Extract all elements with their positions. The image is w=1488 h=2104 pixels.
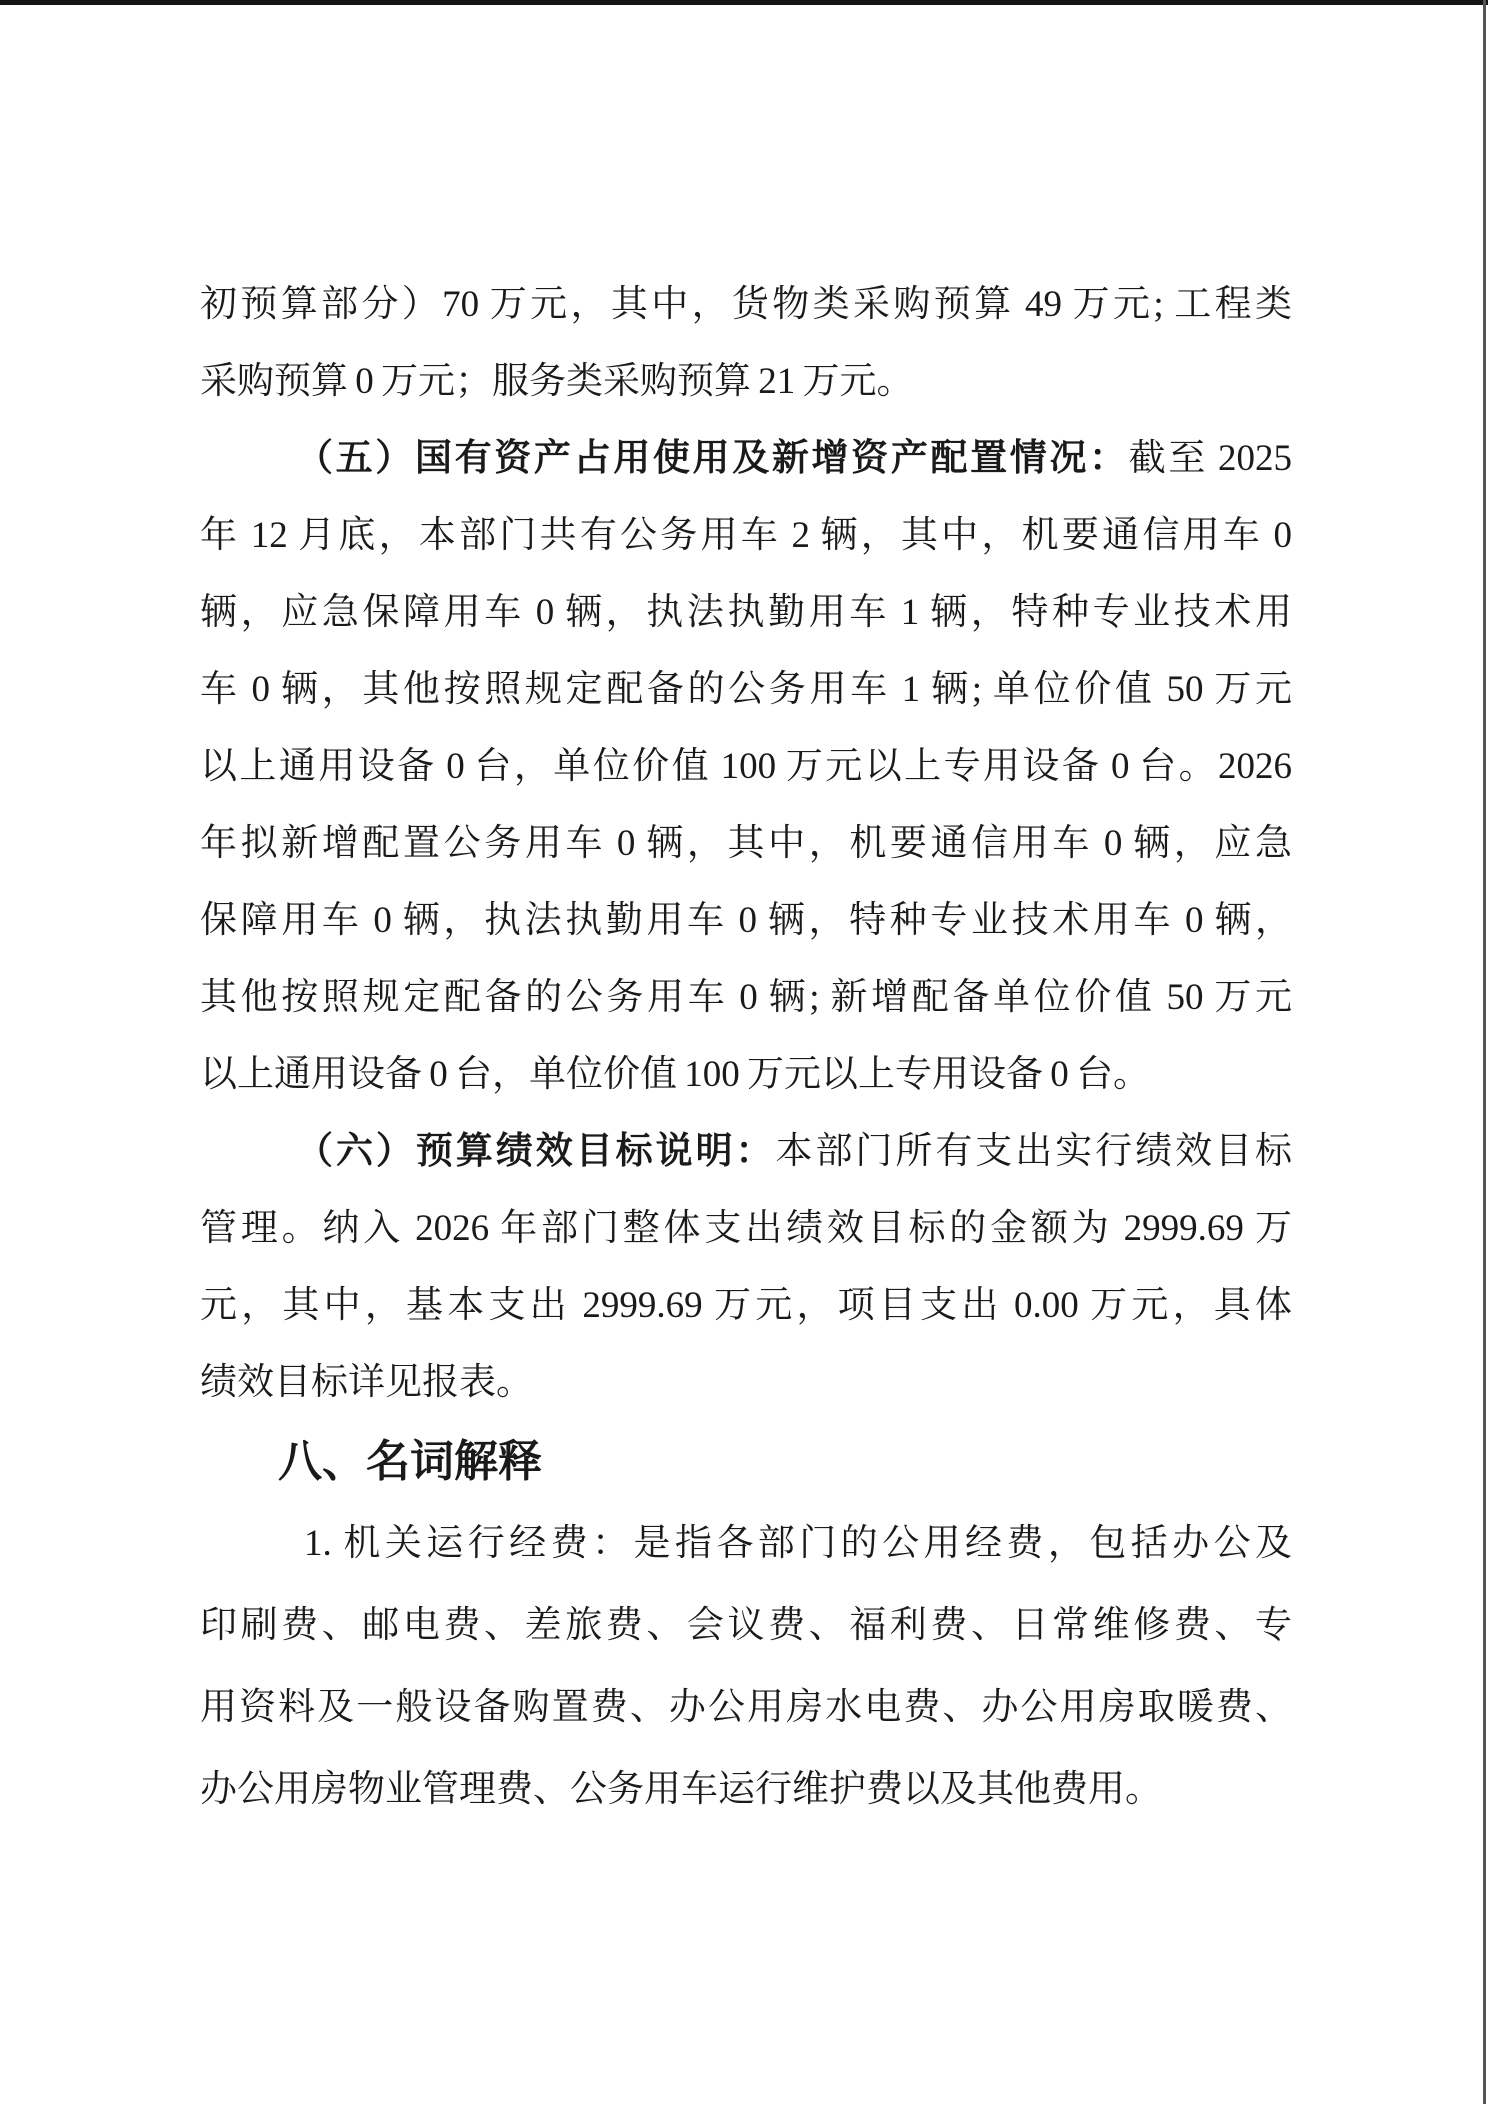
text-segment: 用资料及一般设备购置费、办公用房水电费、办公用房取暖费、: [200, 1687, 1292, 1728]
document-page: 初预算部分）70 万元，其中，货物类采购预算 49 万元; 工程类采购预算 0 …: [0, 0, 1488, 2104]
text-line: 印刷费、邮电费、差旅费、会议费、福利费、日常维修费、专: [200, 1585, 1292, 1667]
text-line: 办公用房物业管理费、公务用车运行维护费以及其他费用。: [200, 1749, 1292, 1831]
text-segment: 管理。纳入 2026 年部门整体支出绩效目标的金额为 2999.69 万: [200, 1208, 1292, 1249]
bold-text-segment: （五）国有资产占用使用及新增资产配置情况：: [296, 438, 1129, 479]
text-segment: 保障用车 0 辆，执法执勤用车 0 辆，特种专业技术用车 0 辆，: [200, 900, 1292, 941]
text-segment: 年 12 月底，本部门共有公务用车 2 辆，其中，机要通信用车 0: [200, 515, 1292, 556]
text-segment: 辆，应急保障用车 0 辆，执法执勤用车 1 辆，特种专业技术用: [200, 592, 1292, 633]
text-line: 车 0 辆，其他按照规定配备的公务用车 1 辆; 单位价值 50 万元: [200, 651, 1292, 728]
text-segment: 印刷费、邮电费、差旅费、会议费、福利费、日常维修费、专: [200, 1605, 1292, 1646]
text-line: 1. 机关运行经费：是指各部门的公用经费，包括办公及: [200, 1503, 1292, 1585]
text-line: 年 12 月底，本部门共有公务用车 2 辆，其中，机要通信用车 0: [200, 497, 1292, 574]
text-line: 绩效目标详见报表。: [200, 1344, 1292, 1421]
text-line: 以上通用设备 0 台，单位价值 100 万元以上专用设备 0 台。: [200, 1036, 1292, 1113]
text-line: 管理。纳入 2026 年部门整体支出绩效目标的金额为 2999.69 万: [200, 1190, 1292, 1267]
text-segment: 初预算部分）70 万元，其中，货物类采购预算 49 万元; 工程类: [200, 284, 1292, 325]
text-line: 采购预算 0 万元；服务类采购预算 21 万元。: [200, 343, 1292, 420]
text-line: （六）预算绩效目标说明：本部门所有支出实行绩效目标: [200, 1113, 1292, 1190]
text-line: 其他按照规定配备的公务用车 0 辆; 新增配备单位价值 50 万元: [200, 959, 1292, 1036]
text-segment: 以上通用设备 0 台，单位价值 100 万元以上专用设备 0 台。2026: [200, 746, 1292, 787]
text-line: 年拟新增配置公务用车 0 辆，其中，机要通信用车 0 辆，应急: [200, 805, 1292, 882]
text-line: 以上通用设备 0 台，单位价值 100 万元以上专用设备 0 台。2026: [200, 728, 1292, 805]
page-right-edge-line: [1483, 0, 1486, 2104]
text-segment: 车 0 辆，其他按照规定配备的公务用车 1 辆; 单位价值 50 万元: [200, 669, 1292, 710]
text-line: 辆，应急保障用车 0 辆，执法执勤用车 1 辆，特种专业技术用: [200, 574, 1292, 651]
text-segment: 元，其中，基本支出 2999.69 万元，项目支出 0.00 万元，具体: [200, 1285, 1292, 1326]
text-segment: 以上通用设备 0 台，单位价值 100 万元以上专用设备 0 台。: [200, 1054, 1150, 1095]
section-heading-line: 八、名词解释: [200, 1421, 1292, 1503]
text-segment: 本部门所有支出实行绩效目标: [776, 1131, 1293, 1172]
text-line: 元，其中，基本支出 2999.69 万元，项目支出 0.00 万元，具体: [200, 1267, 1292, 1344]
text-line: 初预算部分）70 万元，其中，货物类采购预算 49 万元; 工程类: [200, 266, 1292, 343]
text-segment: 绩效目标详见报表。: [200, 1362, 533, 1403]
text-content: 初预算部分）70 万元，其中，货物类采购预算 49 万元; 工程类采购预算 0 …: [200, 266, 1292, 1831]
text-line: 用资料及一般设备购置费、办公用房水电费、办公用房取暖费、: [200, 1667, 1292, 1749]
text-line: 保障用车 0 辆，执法执勤用车 0 辆，特种专业技术用车 0 辆，: [200, 882, 1292, 959]
text-segment: 其他按照规定配备的公务用车 0 辆; 新增配备单位价值 50 万元: [200, 977, 1292, 1018]
text-line: （五）国有资产占用使用及新增资产配置情况：截至 2025: [200, 420, 1292, 497]
text-segment: 截至 2025: [1129, 438, 1292, 479]
text-segment: 1. 机关运行经费：是指各部门的公用经费，包括办公及: [304, 1523, 1292, 1564]
page-top-edge-line: [0, 0, 1488, 5]
bold-text-segment: 八、名词解释: [278, 1437, 542, 1486]
text-segment: 年拟新增配置公务用车 0 辆，其中，机要通信用车 0 辆，应急: [200, 823, 1292, 864]
text-segment: 采购预算 0 万元；服务类采购预算 21 万元。: [200, 361, 914, 402]
text-segment: 办公用房物业管理费、公务用车运行维护费以及其他费用。: [200, 1769, 1162, 1810]
bold-text-segment: （六）预算绩效目标说明：: [296, 1131, 776, 1172]
